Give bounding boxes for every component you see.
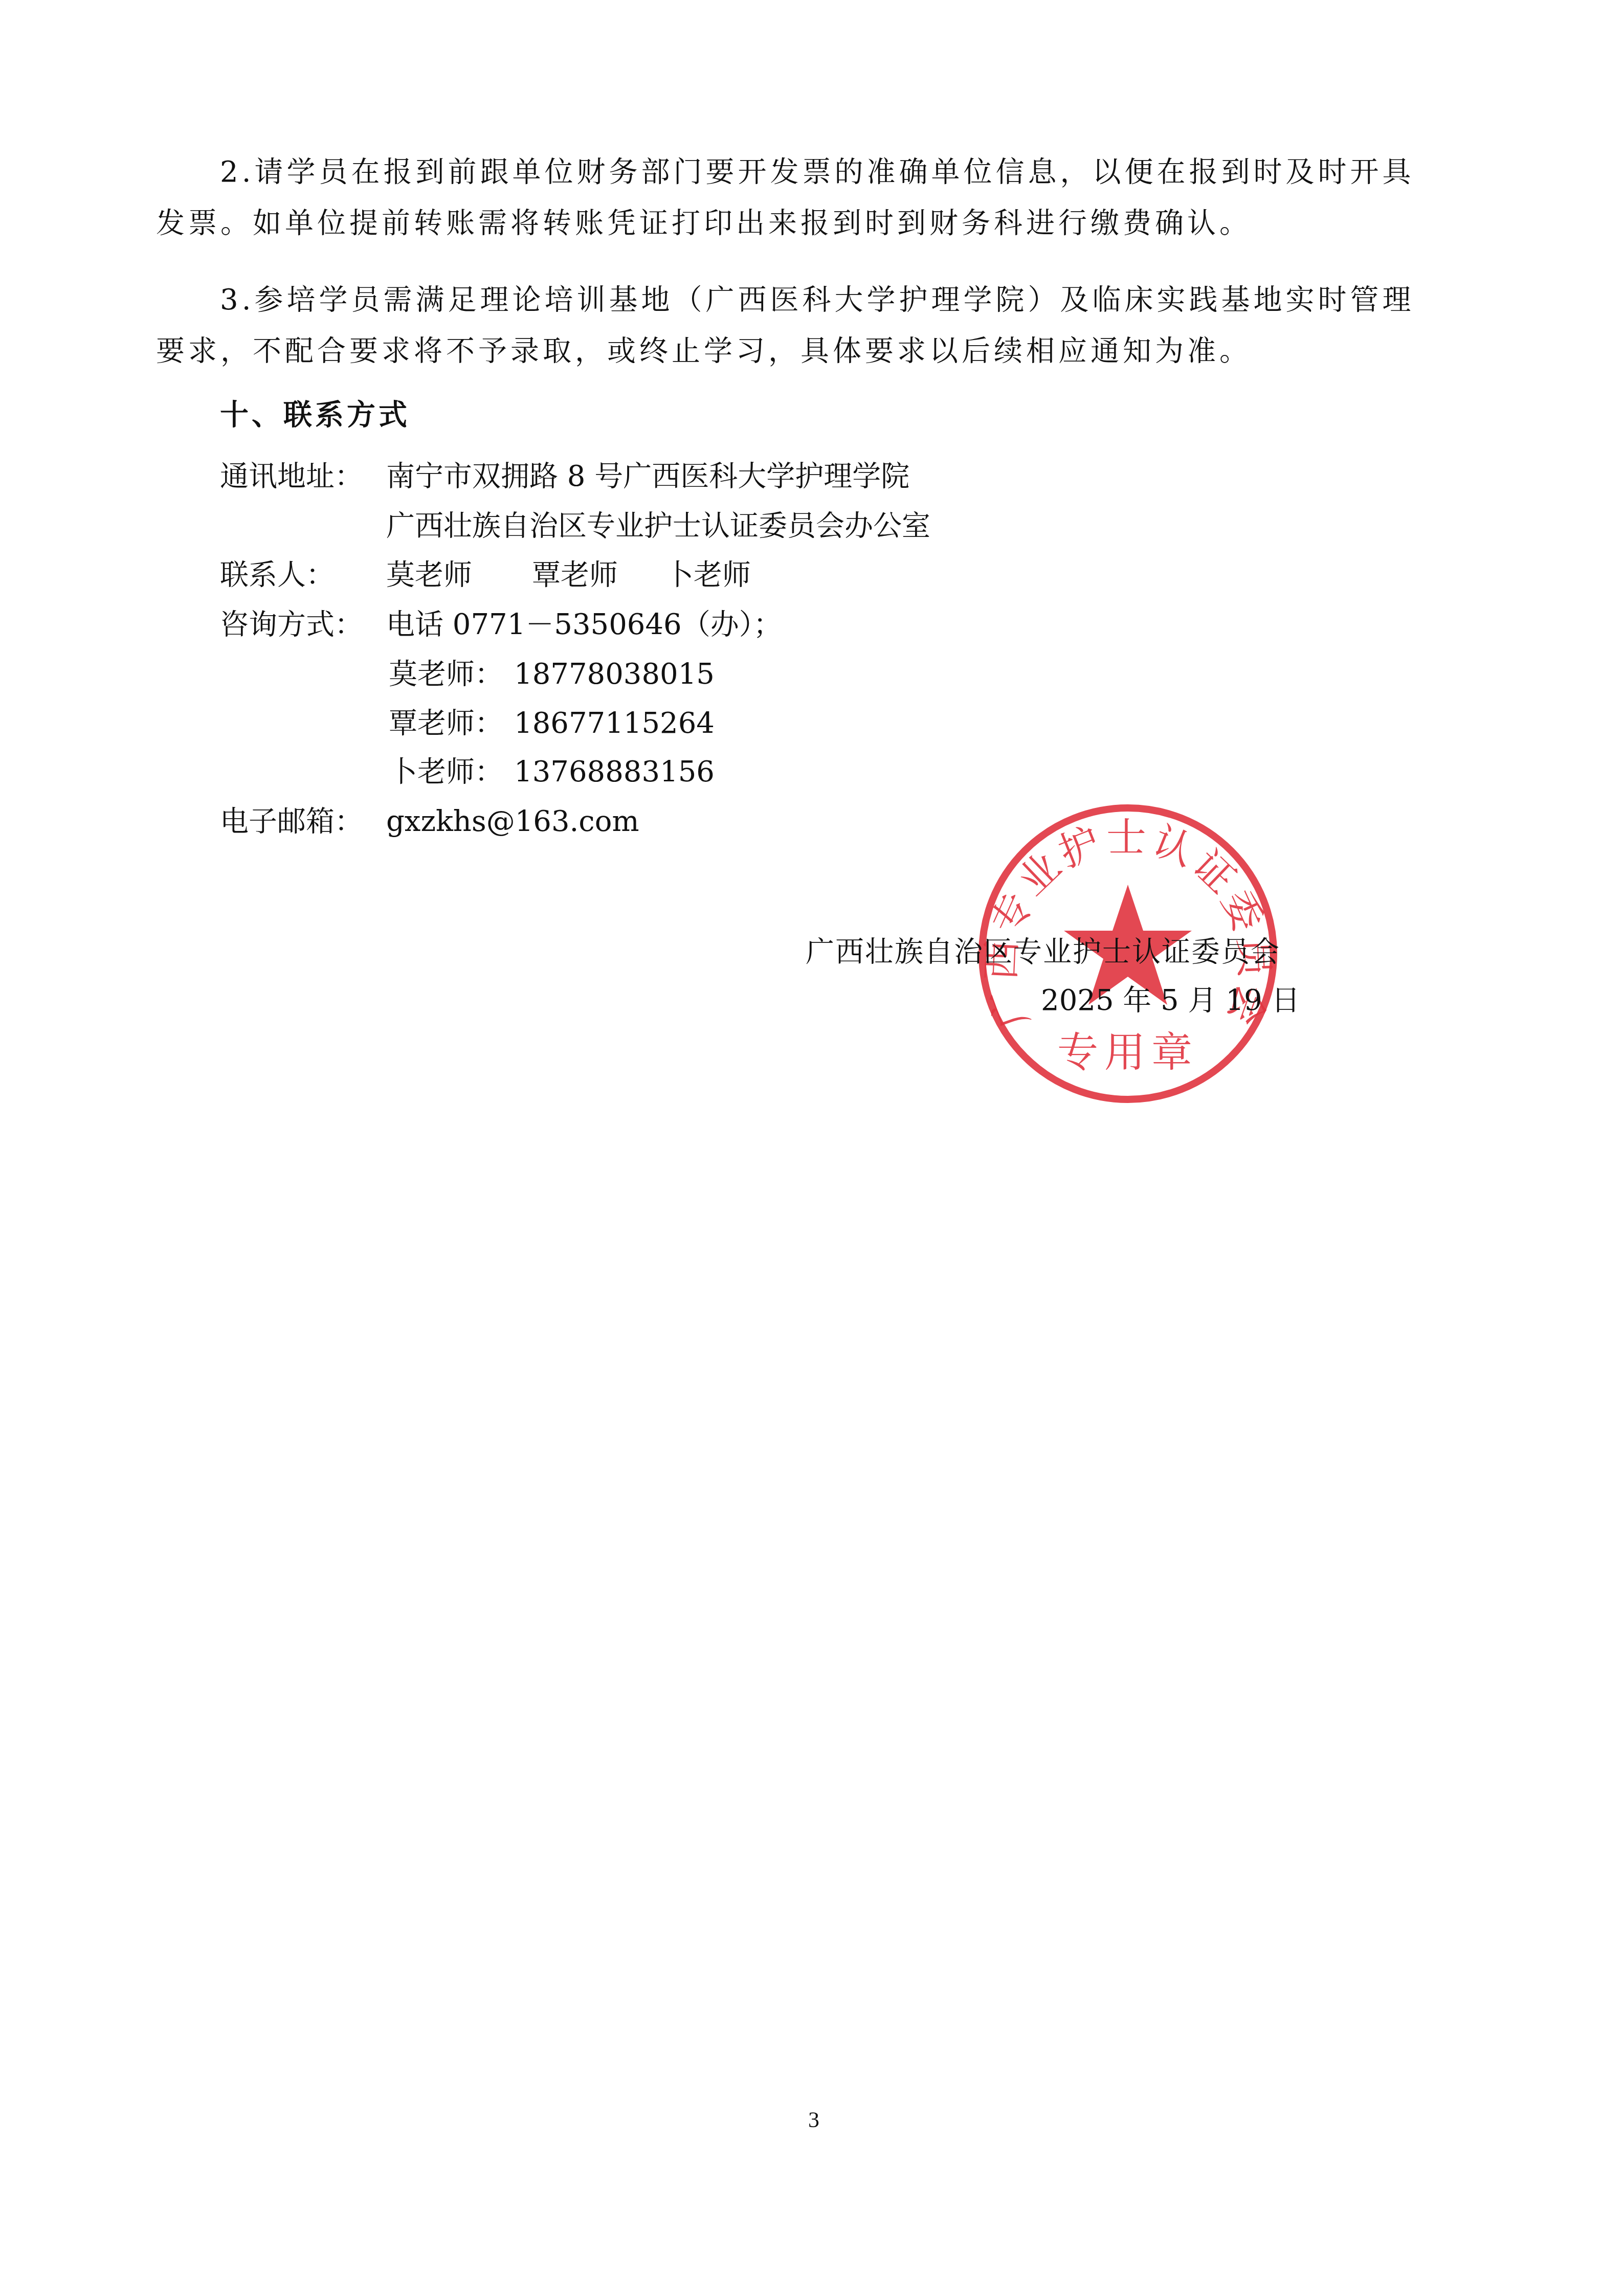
signing-date: 2025 年 5 月 19 日 xyxy=(1041,984,1300,1017)
inquiry-label: 咨询方式： xyxy=(220,609,363,641)
phone-name-qin: 覃老师： xyxy=(389,707,503,740)
item-2-line-2: 发票。如单位提前转账需将转账凭证打印出来报到时到财务科进行缴费确认。 xyxy=(156,207,1252,240)
page-number: 3 xyxy=(808,2107,819,2133)
email-label: 电子邮箱： xyxy=(220,805,363,838)
item-3-line-2: 要求，不配合要求将不予录取，或终止学习，具体要求以后续相应通知为准。 xyxy=(156,335,1252,368)
section-heading: 十、联系方式 xyxy=(220,399,410,432)
contact-name-qin: 覃老师 xyxy=(532,559,618,592)
item-2-line-1: 2.请学员在报到前跟单位财务部门要开发票的准确单位信息，以便在报到时及时开具 xyxy=(220,156,1414,189)
phone-name-bu: 卜老师： xyxy=(389,756,503,789)
address-line-2: 广西壮族自治区专业护士认证委员会办公室 xyxy=(386,510,930,543)
phone-number-qin: 18677115264 xyxy=(514,707,715,740)
contacts-label: 联系人： xyxy=(220,559,335,592)
address-label: 通讯地址： xyxy=(220,460,363,493)
signing-organization: 广西壮族自治区专业护士认证委员会 xyxy=(806,936,1280,969)
address-line-1: 南宁市双拥路 8 号广西医科大学护理学院 xyxy=(386,460,909,493)
phone-number-bu: 13768883156 xyxy=(514,756,715,789)
contact-name-mo: 莫老师 xyxy=(386,559,472,592)
phone-name-mo: 莫老师： xyxy=(389,658,503,691)
svg-text:专用章: 专用章 xyxy=(1057,1028,1198,1076)
email-address[interactable]: gxzkhs@163.com xyxy=(386,805,639,838)
contact-name-bu: 卜老师 xyxy=(665,559,751,592)
office-phone: 电话 0771－5350646（办）； xyxy=(386,609,782,641)
item-3-line-1: 3.参培学员需满足理论培训基地（广西医科大学护理学院）及临床实践基地实时管理 xyxy=(220,284,1414,317)
phone-number-mo: 18778038015 xyxy=(514,658,715,691)
